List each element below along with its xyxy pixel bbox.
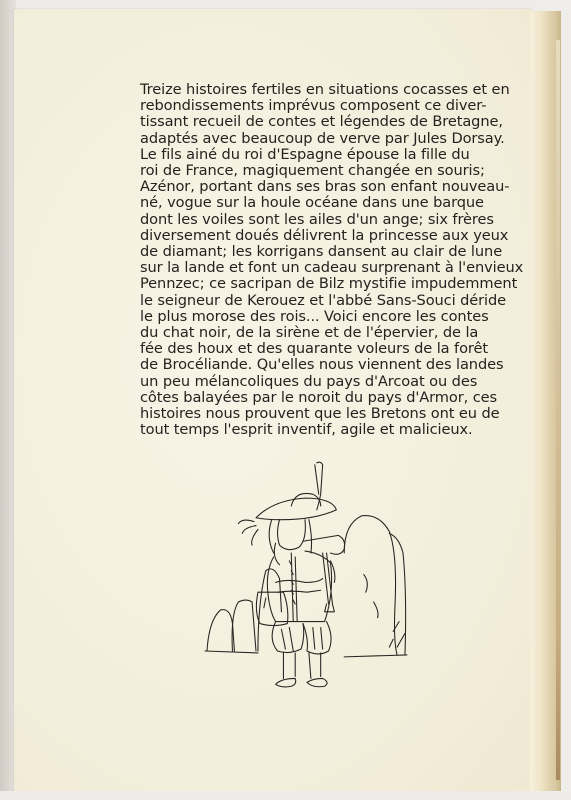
blurb-line: rebondissements imprévus composent ce di… — [140, 98, 458, 114]
blurb-line: côtes balayées par le noroit du pays d'A… — [140, 390, 458, 406]
blurb-line: tout temps l'esprit inventif, agile et m… — [140, 422, 458, 438]
blurb-text: Treize histoires fertiles en situations … — [140, 82, 458, 438]
breton-bagpiper-illustration-icon — [195, 455, 415, 700]
blurb-line: dont les voiles sont les ailes d'un ange… — [140, 212, 458, 228]
blurb-line: fée des houx et des quarante voleurs de … — [140, 341, 458, 357]
blurb-line: histoires nous prouvent que les Bretons … — [140, 406, 458, 422]
blurb-line: adaptés avec beaucoup de verve par Jules… — [140, 131, 458, 147]
blurb-line: Pennzec; ce sacripan de Bilz mystifie im… — [140, 276, 458, 292]
blurb-line: roi de France, magiquement changée en so… — [140, 163, 458, 179]
blurb-line: de diamant; les korrigans dansent au cla… — [140, 244, 458, 260]
blurb-line: diversement doués délivrent la princesse… — [140, 228, 458, 244]
spine-worn-edge — [556, 40, 560, 780]
blurb-line: le plus morose des rois... Voici encore … — [140, 309, 458, 325]
blurb-line: né, vogue sur la houle océane dans une b… — [140, 195, 458, 211]
blurb-line: le seigneur de Kerouez et l'abbé Sans-So… — [140, 293, 458, 309]
blurb-line: Treize histoires fertiles en situations … — [140, 82, 458, 98]
blurb-line: sur la lande et font un cadeau surprenan… — [140, 260, 458, 276]
photo-background-bottom — [0, 791, 571, 800]
blurb-line: un peu mélancoliques du pays d'Arcoat ou… — [140, 374, 458, 390]
blurb-line: du chat noir, de la sirène et de l'éperv… — [140, 325, 458, 341]
blurb-line: Le fils ainé du roi d'Espagne épouse la … — [140, 147, 458, 163]
blurb-line: de Brocéliande. Qu'elles nous viennent d… — [140, 357, 458, 373]
blurb-line: Azénor, portant dans ses bras son enfant… — [140, 179, 458, 195]
blurb-line: tissant recueil de contes et légendes de… — [140, 114, 458, 130]
